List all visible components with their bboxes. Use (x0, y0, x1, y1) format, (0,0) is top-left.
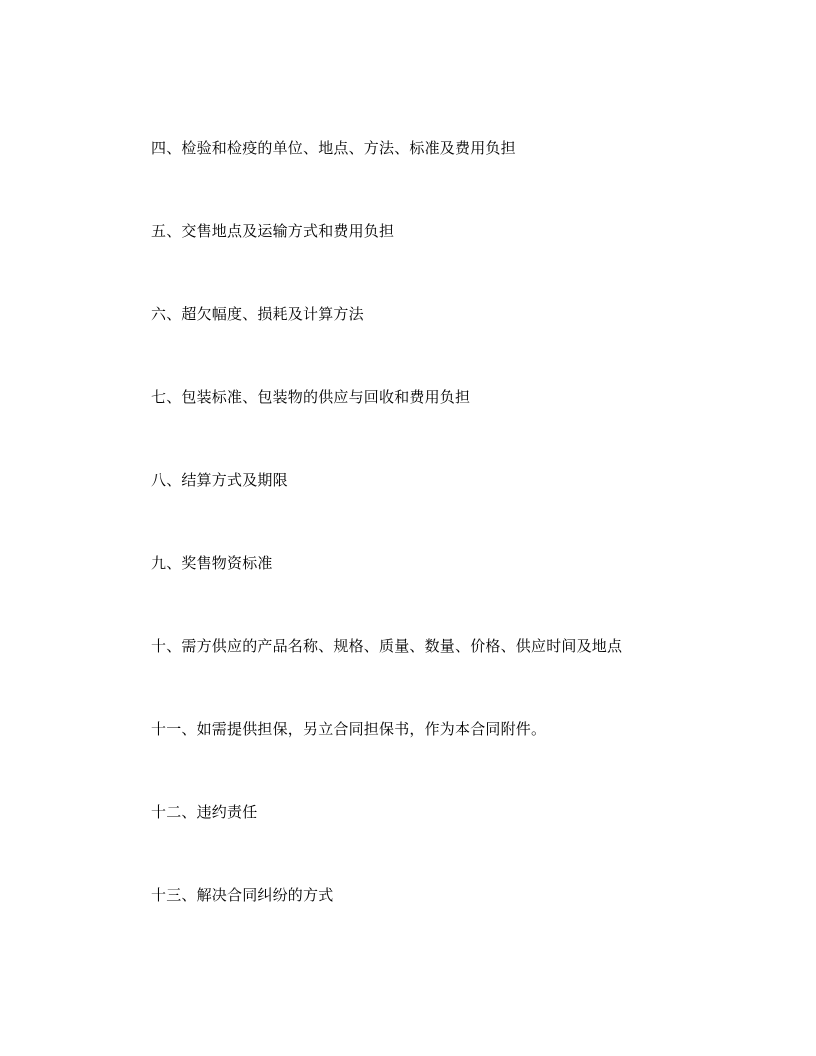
clause-7-packaging: 七、包装标准、包装物的供应与回收和费用负担 (151, 388, 470, 406)
clause-11-guarantee: 十一、如需提供担保，另立合同担保书，作为本合同附件。 (151, 720, 546, 738)
clause-8-settlement: 八、结算方式及期限 (151, 471, 288, 489)
clause-12-liability: 十二、违约责任 (151, 803, 257, 821)
clause-13-dispute-resolution: 十三、解决合同纠纷的方式 (151, 886, 333, 904)
clause-4-inspection: 四、检验和检疫的单位、地点、方法、标准及费用负担 (151, 139, 516, 157)
clause-10-buyer-supply: 十、需方供应的产品名称、规格、质量、数量、价格、供应时间及地点 (151, 637, 622, 655)
clause-6-tolerance: 六、超欠幅度、损耗及计算方法 (151, 305, 364, 323)
clause-9-reward-standard: 九、奖售物资标准 (151, 554, 273, 572)
clause-5-delivery: 五、交售地点及运输方式和费用负担 (151, 222, 394, 240)
document-page: 四、检验和检疫的单位、地点、方法、标准及费用负担 五、交售地点及运输方式和费用负… (0, 0, 816, 1056)
